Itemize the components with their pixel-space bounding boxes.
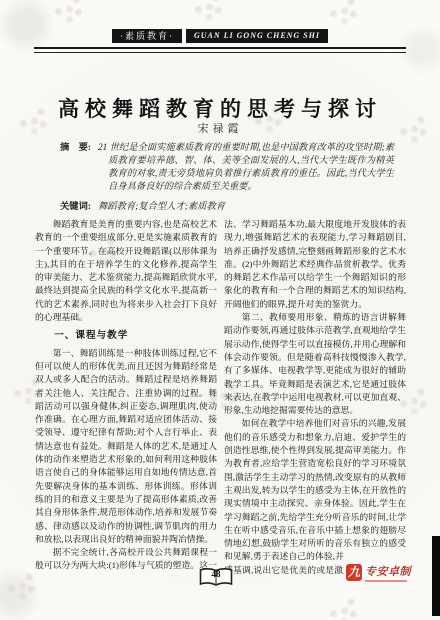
- paragraph: 据不完全统计,各高校开设公共舞蹈课程一般可以分为两大块:(1)形体与气质的塑造。…: [35, 546, 217, 574]
- scanned-page: ·素质教育· GUAN LI GONG CHENG SHI 高校舞蹈教育的思考与…: [0, 0, 440, 620]
- article-body: 舞蹈教育是美育的重要内容,也是高校艺术教育的一个重要组成部分,更是实施素质教育的…: [35, 218, 406, 574]
- watermark-text: 专安卓制: [365, 563, 411, 579]
- journal-name-badge: GUAN LI GONG CHENG SHI: [186, 29, 328, 43]
- paragraph: 舞蹈教育是美育的重要内容,也是高校艺术教育的一个重要组成部分,更是实施素质教育的…: [35, 218, 217, 324]
- scan-noise-blob: [329, 9, 338, 18]
- site-watermark: 九 专安卓制: [344, 551, 434, 593]
- watermark-seal-icon: 九: [346, 564, 362, 581]
- abstract-label: 摘 要:: [60, 142, 98, 194]
- scan-noise-blob: [194, 5, 203, 14]
- page-number: 48: [198, 569, 234, 579]
- paragraph: 第一、舞蹈训练是一种肢体训练过程,它不但可以使人的形体优美,而且还因为舞蹈经常是…: [35, 347, 217, 546]
- keywords-label: 关键词:: [60, 201, 98, 214]
- abstract-text: 21 世纪是全面实施素质教育的重要时期,也是中国教育改革的攻坚时期;素质教育要培…: [98, 142, 394, 194]
- watermark-subtext-line: [365, 580, 407, 582]
- keywords-text: 舞蹈教育;复合型人才;素质教育: [98, 201, 394, 214]
- abstract-row: 摘 要: 21 世纪是全面实施素质教育的重要时期,也是中国教育改革的攻坚时期;素…: [60, 142, 394, 194]
- scan-noise-blob: [13, 389, 22, 398]
- article-title: 高校舞蹈教育的思考与探讨: [0, 93, 440, 123]
- paragraph: 法、学习舞蹈基本功,最大限度地开发肢体的表现力,增强舞蹈艺术的表现能力,学习舞蹈…: [224, 218, 406, 311]
- author-name: 宋禄霞: [0, 120, 440, 136]
- journal-header: ·素质教育· GUAN LI GONG CHENG SHI: [0, 29, 440, 43]
- column-badge: ·素质教育·: [112, 29, 182, 43]
- left-column: 舞蹈教育是美育的重要内容,也是高校艺术教育的一个重要组成部分,更是实施素质教育的…: [35, 218, 217, 574]
- section-heading: 一、课程与教学: [35, 329, 217, 342]
- page-number-badge: 48: [198, 566, 234, 589]
- right-column: 法、学习舞蹈基本功,最大限度地开发肢体的表现力,增强舞蹈艺术的表现能力,学习舞蹈…: [224, 218, 406, 574]
- abstract-block: 摘 要: 21 世纪是全面实施素质教育的重要时期,也是中国教育改革的攻坚时期;素…: [60, 142, 394, 214]
- paragraph: 第二、教师要用形象、精炼的语言讲解舞蹈动作要领,再通过肢体示范教学,直观地给学生…: [224, 311, 406, 417]
- watermark-body: 专安卓制: [365, 563, 411, 582]
- scan-noise-blob: [54, 7, 63, 16]
- scan-edge-artifact: [432, 536, 440, 616]
- header-rule: [34, 47, 406, 53]
- keywords-row: 关键词: 舞蹈教育;复合型人才;素质教育: [60, 201, 394, 214]
- scan-noise-blob: [329, 609, 338, 618]
- scan-noise-blob: [7, 584, 16, 593]
